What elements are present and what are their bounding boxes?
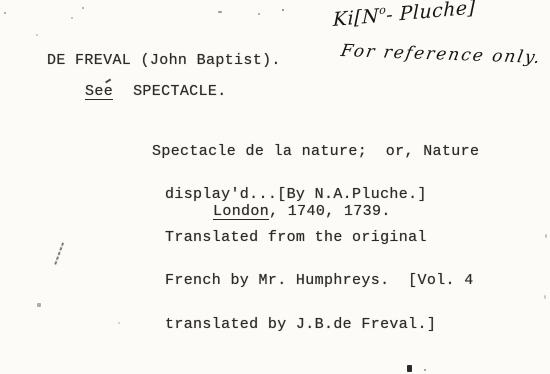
entry-heading: DE FREVAL (John Baptist). [47, 54, 281, 68]
title-line: translated by J.B.de Freval.] [152, 318, 479, 332]
ink-speck [258, 13, 260, 15]
handwritten-reference-note: For reference only. [339, 41, 543, 68]
ink-speck [82, 7, 84, 9]
title-line: Translated from the original [152, 231, 479, 245]
ink-speck [424, 369, 426, 371]
title-line: display'd...[By N.A.Pluche.] [152, 188, 479, 202]
ink-blot [407, 365, 412, 372]
see-reference-line: SeeSPECTACLE. [85, 85, 227, 100]
ink-speck [4, 12, 6, 14]
ink-speck [71, 17, 73, 19]
see-target-heading: SPECTACLE. [133, 83, 227, 100]
pencil-slash-mark [54, 242, 64, 265]
ink-speck [36, 34, 38, 36]
title-line: French by Mr. Humphreys. [Vol. 4 [152, 274, 479, 288]
ink-speck [282, 9, 284, 11]
imprint-place: London [213, 205, 269, 220]
title-line: Spectacle de la nature; or, Nature [152, 145, 479, 159]
classmark-text: Ki[N [333, 5, 380, 31]
title-paragraph: Spectacle de la nature; or, Nature displ… [152, 116, 479, 361]
ink-speck [218, 11, 222, 13]
ink-speck [37, 303, 41, 307]
classmark-suffix: - Pluche] [386, 0, 476, 26]
imprint-line: London, 1740, 1739. [213, 205, 391, 220]
ink-speck [544, 295, 546, 299]
handwritten-classmark: Ki[No- Pluche] [333, 0, 476, 31]
imprint-dates: , 1740, 1739. [269, 203, 391, 220]
catalog-card: Ki[No- Pluche] For reference only. DE FR… [0, 0, 550, 374]
see-label: See [85, 85, 113, 100]
ink-speck [118, 322, 120, 324]
ink-speck [545, 234, 547, 238]
